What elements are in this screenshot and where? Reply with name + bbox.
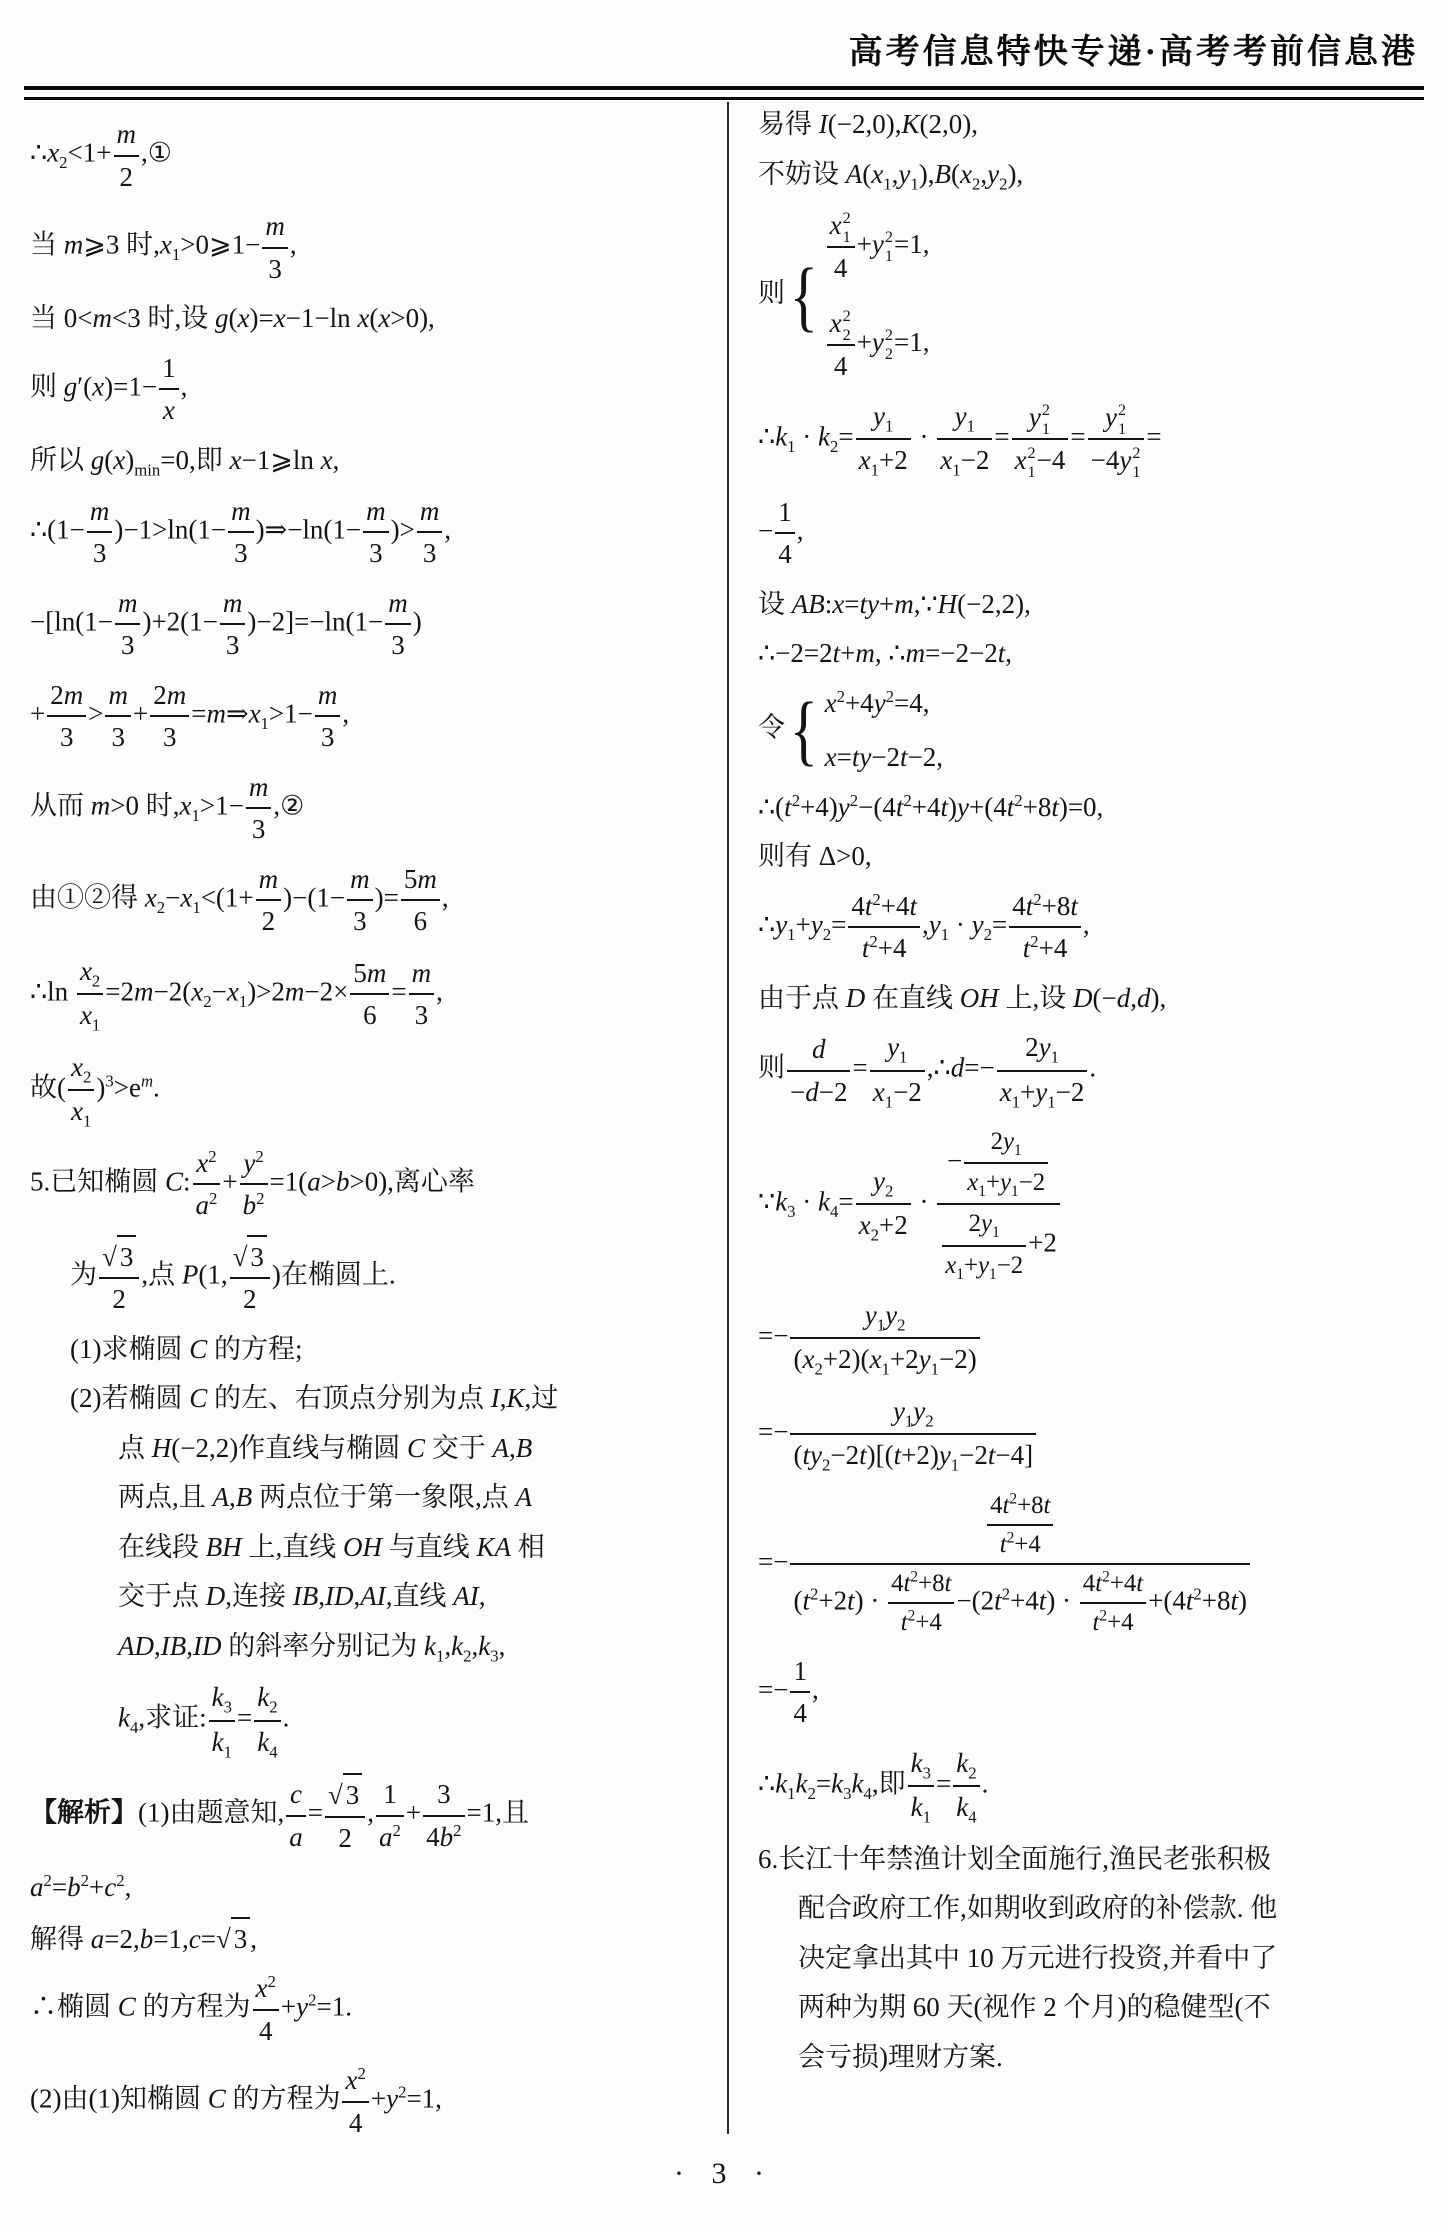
math-line: −[ln(1−m3)+2(1−m3)−2]=−ln(1−m3) [30, 583, 708, 666]
math-line: 设 AB:x=ty+m,∵H(−2,2), [758, 584, 1426, 625]
math-line: 点 H(−2,2)作直线与椭圆 C 交于 A,B [118, 1428, 708, 1469]
math-line: ∵k3 · k4=y2x2+2 · −2y1x1+y1−22y1x1+y1−2+… [758, 1123, 1426, 1285]
math-line: 不妨设 A(x1,y1),B(x2,y2), [758, 154, 1426, 196]
math-line: (2)若椭圆 C 的左、右顶点分别为点 I,K,过 [70, 1378, 708, 1419]
page-number: · 3 · [674, 2157, 774, 2190]
math-line: ∴y1+y2=4t2+4tt2+4,y1 · y2=4t2+8tt2+4, [758, 886, 1426, 969]
math-line: 两点,且 A,B 两点位于第一象限,点 A [118, 1477, 708, 1518]
math-line: 为√32,点 P(1,√32)在椭圆上. [70, 1235, 708, 1320]
math-line: 会亏损)理财方案. [798, 2037, 1426, 2078]
math-line: =−y1y2(ty2−2t)[(t+2)y1−2t−4] [758, 1391, 1426, 1478]
math-line: (1)求椭圆 C 的方程; [70, 1329, 708, 1370]
math-line: 配合政府工作,如期收到政府的补偿款. 他 [798, 1888, 1426, 1929]
math-line: 令{x2+4y2=4,x=ty−2t−2, [758, 683, 1426, 778]
math-line: 6.长江十年禁渔计划全面施行,渔民老张积极 [758, 1839, 1426, 1880]
math-line: ∴(t2+4)y2−(4t2+4t)y+(4t2+8t)=0, [758, 787, 1426, 828]
math-line: (2)由(1)知椭圆 C 的方程为x24+y2=1, [30, 2060, 708, 2143]
math-line: 当 0<m<3 时,设 g(x)=x−1−ln x(x>0), [30, 298, 708, 339]
header-double-rule [24, 86, 1424, 100]
math-line: a2=b2+c2, [30, 1867, 708, 1908]
math-line: 易得 I(−2,0),K(2,0), [758, 104, 1426, 145]
right-column: 易得 I(−2,0),K(2,0),不妨设 A(x1,y1),B(x2,y2),… [758, 104, 1426, 2086]
math-line: 则{x214+y21=1,x224+y22=1, [758, 205, 1426, 387]
math-line: 则 g′(x)=1−1x, [30, 348, 708, 431]
math-line: 5.已知椭圆 C:x2a2+y2b2=1(a>b>0),离心率 [30, 1143, 708, 1226]
math-line: 在线段 BH 上,直线 OH 与直线 KA 相 [118, 1527, 708, 1568]
math-line: 则d−d−2=y1x1−2,∴d=−2y1x1+y1−2. [758, 1027, 1426, 1114]
math-line: +2m3>m3+2m3=m⇒x1>1−m3, [30, 675, 708, 758]
math-line: =−4t2+8tt2+4(t2+2t) · 4t2+8tt2+4−(2t2+4t… [758, 1487, 1426, 1642]
page-footer: · 3 · [0, 2157, 1448, 2191]
math-line: 交于点 D,连接 IB,ID,AI,直线 AI, [118, 1576, 708, 1617]
math-line: 解得 a=2,b=1,c=√3, [30, 1917, 708, 1960]
math-line: 当 m⩾3 时,x1>0⩾1−m3, [30, 206, 708, 289]
header-title: 高考信息特快专递·高考考前信息港 [849, 34, 1418, 71]
math-line: k4,求证:k3k1=k2k4. [118, 1677, 708, 1764]
left-column: ∴x2<1+m2,①当 m⩾3 时,x1>0⩾1−m3,当 0<m<3 时,设 … [30, 114, 708, 2152]
math-line: 由①②得 x2−x1<(1+m2)−(1−m3)=5m6, [30, 859, 708, 942]
math-line: 则有 Δ>0, [758, 836, 1426, 877]
math-line: AD,IB,ID 的斜率分别记为 k1,k2,k3, [118, 1626, 708, 1668]
math-line: ∴−2=2t+m, ∴m=−2−2t, [758, 633, 1426, 674]
math-line: ∴(1−m3)−1>ln(1−m3)⇒−ln(1−m3)>m3, [30, 491, 708, 574]
math-line: ∴k1 · k2=y1x1+2 · y1x1−2=y21x21−4=y21−4y… [758, 396, 1426, 483]
math-line: 所以 g(x)min=0,即 x−1⩾ln x, [30, 440, 708, 482]
math-line: −14, [758, 492, 1426, 575]
math-line: 故(x2x1)3>em. [30, 1047, 708, 1134]
math-line: ∴椭圆 C 的方程为x24+y2=1. [30, 1968, 708, 2051]
math-line: 【解析】(1)由题意知,ca=√32,1a2+34b2=1,且 [30, 1773, 708, 1858]
math-line: ∴k1k2=k3k4,即k3k1=k2k4. [758, 1743, 1426, 1830]
math-line: ∴ln x2x1=2m−2(x2−x1)>2m−2×5m6=m3, [30, 951, 708, 1038]
column-divider [727, 102, 729, 2134]
math-line: 从而 m>0 时,x1>1−m3,② [30, 767, 708, 850]
math-line: 两种为期 60 天(视作 2 个月)的稳健型(不 [798, 1987, 1426, 2028]
math-line: =−14, [758, 1651, 1426, 1734]
page-header: 高考信息特快专递·高考考前信息港 [849, 24, 1418, 73]
math-line: =−y1y2(x2+2)(x1+2y1−2) [758, 1295, 1426, 1382]
math-line: ∴x2<1+m2,① [30, 114, 708, 197]
math-line: 由于点 D 在直线 OH 上,设 D(−d,d), [758, 978, 1426, 1019]
math-line: 决定拿出其中 10 万元进行投资,并看中了 [798, 1938, 1426, 1979]
scanned-exam-page: 高考信息特快专递·高考考前信息港 ∴x2<1+m2,①当 m⩾3 时,x1>0⩾… [0, 0, 1448, 2231]
